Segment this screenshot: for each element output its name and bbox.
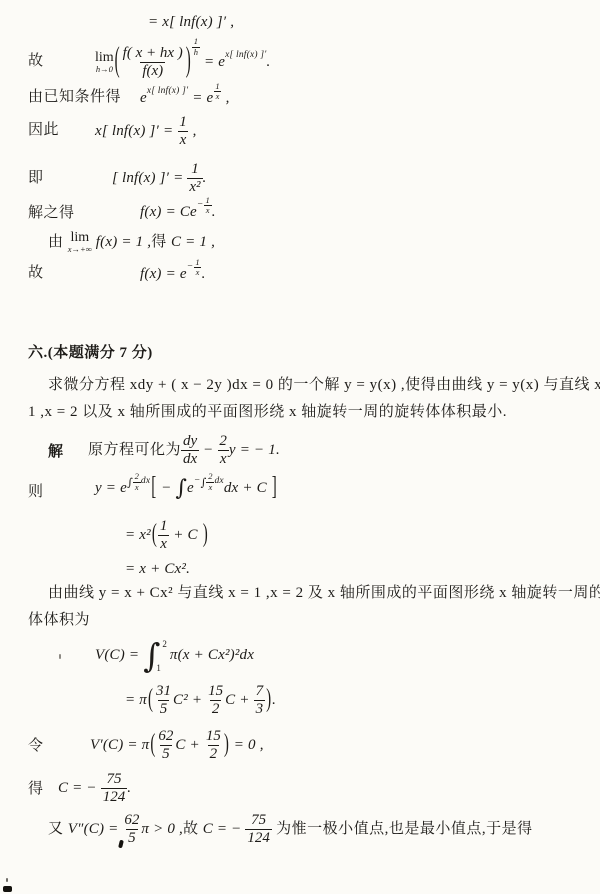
lim-word: lim (95, 51, 114, 65)
label-that-is: 即 (28, 170, 44, 187)
numerator: f( x + hx ) (121, 45, 185, 62)
equals-zero: = 0 , (230, 737, 264, 754)
formula-limit-power: lim h→0 ( f( x + hx ) f(x) ) 1 h = e x[ … (95, 45, 271, 80)
equals-e: = e (200, 54, 225, 71)
dx-plus-c: dx + C (224, 480, 271, 497)
rhs: y = − 1. (229, 442, 280, 459)
fraction: 31 5 (154, 683, 173, 718)
c-equals-one: C = 1 , (171, 234, 215, 251)
formula-exp-equality: e x[ lnf(x) ]′ = e 1 x , (140, 89, 230, 109)
paragraph-text: 体体积为 (28, 612, 90, 629)
y-equals-e: y = e (95, 480, 127, 497)
numerator: 1 (204, 196, 212, 205)
exponent-integral: ∫ 2 x dx (127, 472, 150, 492)
exponent-neg-integral: − ∫ 2 x dx (194, 472, 224, 492)
formula-volume-result: = π ( 31 5 C² + 15 2 C + 7 3 ) . (125, 683, 276, 718)
heading-text: 六.(本题满分 7 分) (28, 345, 153, 362)
label-text: 令 (28, 738, 44, 755)
label-text: 故 (28, 265, 44, 282)
fraction: 75 124 (245, 812, 272, 847)
denominator: x (204, 205, 212, 215)
exponent-xlnf: x[ lnf(x) ]′ (147, 87, 188, 97)
numerator: 1 (189, 161, 201, 178)
exponent-one-over-h: 1 h (192, 37, 200, 57)
minus-sign: − (197, 201, 204, 211)
left-paren: ( (151, 520, 158, 550)
fraction: 62 5 (122, 812, 141, 847)
formula-limit-condition: 由 lim x→+∞ f(x) = 1 , 得 C = 1 , (48, 231, 215, 254)
e-base: e (187, 480, 194, 497)
formula-step-2: = x² ( 1 x + C ) (125, 518, 209, 553)
label-solving-gives: 解之得 (28, 205, 75, 222)
fraction: 2 x (206, 472, 214, 492)
denominator: 3 (254, 700, 266, 718)
exponent-neg-one-over-x: − 1 x (187, 258, 202, 278)
formula-derivative-zero: V′(C) = π ( 62 5 C + 15 2 ) = 0 , (90, 728, 264, 763)
denominator: x (158, 535, 169, 553)
minus-sign: − (199, 442, 217, 459)
fraction: 1 x (204, 196, 212, 216)
numerator: 75 (104, 771, 123, 788)
right-bracket: ] (271, 474, 278, 504)
integral-icon: ∫ (176, 478, 187, 500)
plus-c: + C (169, 527, 201, 544)
fraction: 1 x² (187, 161, 202, 196)
section-heading: 六.(本题满分 7 分) (28, 345, 153, 362)
limit-operator: lim h→0 (95, 51, 114, 74)
equals-pi: = π (125, 692, 147, 709)
paragraph-text: 由曲线 y = x + Cx² 与直线 x = 1 ,x = 2 及 x 轴所围… (48, 585, 600, 602)
period: . (267, 54, 271, 71)
solution-label: 解 (48, 444, 64, 461)
lim-word: lim (70, 231, 89, 245)
c-plus: C + (225, 692, 253, 709)
label-text: 即 (28, 170, 44, 187)
formula-standard-form: 原方程可化为 dy dx − 2 x y = − 1. (88, 433, 280, 468)
denominator: x (218, 450, 229, 468)
numerator: dy (181, 433, 199, 450)
exponent-xlnf: x[ lnf(x) ]′ (225, 51, 266, 61)
numerator: 75 (249, 812, 268, 829)
lim-subscript: x→+∞ (68, 245, 92, 254)
denominator: x (194, 267, 202, 277)
cjk-de: 得 (151, 234, 171, 251)
label-therefore: 因此 (28, 122, 59, 139)
denominator: 5 (160, 745, 172, 763)
label-hence-1: 故 (28, 53, 44, 70)
label-then: 则 (28, 484, 44, 501)
period: . (203, 170, 207, 187)
vc-equals: V(C) = (95, 647, 143, 664)
formula-final-solution: f(x) = e − 1 x . (140, 265, 206, 285)
numerator: 2 (206, 472, 214, 481)
right-paren: ) (223, 730, 230, 760)
right-paren: ) (202, 520, 209, 550)
equals-e: = e (188, 90, 213, 107)
result: = x + Cx². (125, 561, 190, 578)
integrand: π(x + Cx²)²dx (170, 647, 254, 664)
label-text: 得 (28, 781, 44, 798)
cjk-hence: 故 (183, 821, 203, 838)
e-base: e (140, 90, 147, 107)
equals-x2: = x² (125, 527, 151, 544)
fraction: 75 124 (101, 771, 128, 806)
statement-text: 1 ,x = 2 以及 x 轴所围成的平面图形绕 x 轴旋转一周的旋转体体积最小… (28, 404, 507, 421)
left-bracket: [ (150, 474, 157, 504)
numerator: 7 (254, 683, 266, 700)
integral-limits: 2 1 (160, 639, 167, 673)
formula-continuation: = x[ lnf(x) ]′ , (148, 14, 234, 31)
paragraph-volume-line-2: 体体积为 (28, 612, 90, 629)
formula-lnf-eq: [ lnf(x) ]′ = 1 x² . (112, 161, 206, 196)
lhs: f(x) = e (140, 266, 187, 283)
dx: dx (141, 477, 150, 487)
period: . (272, 692, 276, 709)
formula-step-3: = x + Cx². (125, 561, 190, 578)
exponent-one-over-x: 1 x (213, 82, 221, 102)
denominator: 2 (208, 745, 220, 763)
statement-text: 求微分方程 xdy + ( x − 2y )dx = 0 的一个解 y = y(… (48, 377, 600, 394)
denominator: 124 (245, 829, 272, 847)
denominator: 124 (101, 788, 128, 806)
numerator: 15 (206, 683, 225, 700)
numerator: 15 (204, 728, 223, 745)
fraction: 2 x (133, 472, 141, 492)
formula-general-solution: f(x) = Ce − 1 x . (140, 203, 216, 223)
dx: dx (214, 477, 223, 487)
limit-operator: lim x→+∞ (68, 231, 92, 254)
numerator: 1 (177, 114, 189, 131)
fraction: 1 h (192, 37, 200, 57)
lim-subscript: h→0 (96, 65, 113, 74)
formula-volume-integral: V(C) = ∫ 2 1 π(x + Cx²)²dx (95, 639, 254, 673)
ink-speck (6, 878, 8, 882)
denominator: f(x) (140, 62, 165, 80)
label-text: 解之得 (28, 205, 75, 222)
left-paren: ( (114, 42, 121, 82)
denominator: dx (181, 450, 199, 468)
fraction: f( x + hx ) f(x) (121, 45, 185, 80)
fraction: 1 x (158, 518, 170, 553)
vprime-equals-pi: V′(C) = π (90, 737, 149, 754)
conclusion-text: 为惟一极小值点,也是最小值点,于是得 (272, 821, 533, 838)
pi-positive: π > 0 , (141, 821, 183, 838)
formula-text: = x[ lnf(x) ]′ , (148, 14, 234, 31)
ink-smudge (3, 886, 12, 892)
fraction: 62 5 (156, 728, 175, 763)
left-paren: ( (147, 685, 154, 715)
fraction-two-x: 2 x (217, 433, 229, 468)
cjk-you: 由 (48, 234, 68, 251)
paragraph-volume-line-1: 由曲线 y = x + Cx² 与直线 x = 1 ,x = 2 及 x 轴所围… (48, 585, 600, 602)
period: . (202, 266, 206, 283)
label-given-condition: 由已知条件得 (28, 89, 121, 106)
intro-text: 原方程可化为 (88, 442, 181, 459)
label-text: 则 (28, 484, 44, 501)
minus-sign: − (187, 263, 194, 273)
denominator: x (206, 482, 214, 492)
formula-integrating-factor: y = e ∫ 2 x dx [ − ∫ e − ∫ 2 x dx dx + C… (95, 478, 278, 500)
numerator: 1 (192, 37, 200, 46)
numerator: 1 (158, 518, 170, 535)
c-equals-minus: C = − (58, 780, 101, 797)
exponent-neg-one-over-x: − 1 x (197, 196, 212, 216)
second-derivative: V″(C) = (68, 821, 123, 838)
denominator: 5 (126, 829, 138, 847)
comma: , (222, 90, 230, 107)
formula-c-value: C = − 75 124 . (58, 771, 131, 806)
label-obtain: 得 (28, 781, 44, 798)
label-text: 由已知条件得 (28, 89, 121, 106)
fraction: 7 3 (254, 683, 266, 718)
denominator: x (214, 91, 222, 101)
right-paren: ) (185, 42, 192, 82)
fraction: 15 2 (206, 683, 225, 718)
lower-limit: 1 (156, 663, 167, 673)
numerator: 62 (156, 728, 175, 745)
denominator: x (133, 482, 141, 492)
ink-smudge (118, 840, 124, 849)
ink-speck (59, 654, 61, 659)
fraction: 15 2 (204, 728, 223, 763)
problem-statement-line-1: 求微分方程 xdy + ( x − 2y )dx = 0 的一个解 y = y(… (48, 377, 600, 394)
fraction: 1 x (213, 82, 221, 102)
minus-sign: − (194, 477, 201, 487)
numerator: 1 (213, 82, 221, 91)
label-text: 解 (48, 444, 64, 461)
numerator: 1 (193, 258, 201, 267)
period: . (127, 780, 131, 797)
label-hence-2: 故 (28, 265, 44, 282)
formula-xlnf-eq: x[ lnf(x) ]′ = 1 x , (95, 114, 197, 149)
c-plus: C + (175, 737, 203, 754)
c-squared-plus: C² + (173, 692, 206, 709)
fraction: 1 x (193, 258, 201, 278)
denominator: x (178, 131, 189, 149)
label-text: 故 (28, 53, 44, 70)
denominator: 2 (210, 700, 222, 718)
label-let: 令 (28, 738, 44, 755)
lhs: x[ lnf(x) ]′ = (95, 123, 177, 140)
fraction-dy-dx: dy dx (181, 433, 199, 468)
comma: , (189, 123, 197, 140)
cjk-also: 又 (48, 821, 68, 838)
problem-statement-line-2: 1 ,x = 2 以及 x 轴所围成的平面图形绕 x 轴旋转一周的旋转体体积最小… (28, 404, 507, 421)
numerator: 2 (217, 433, 229, 450)
numerator: 62 (122, 812, 141, 829)
upper-limit: 2 (162, 639, 167, 649)
denominator: 5 (158, 700, 170, 718)
denominator: x² (187, 178, 202, 196)
c-equals-minus: C = − (203, 821, 246, 838)
right-paren: ) (265, 685, 272, 715)
denominator: h (192, 47, 200, 57)
numerator: 2 (133, 472, 141, 481)
period: . (212, 204, 216, 221)
left-paren: ( (149, 730, 156, 760)
exam-solution-page: = x[ lnf(x) ]′ , 故 lim h→0 ( f( x + hx )… (0, 0, 600, 894)
numerator: 31 (154, 683, 173, 700)
lhs: f(x) = Ce (140, 204, 197, 221)
fraction: 1 x (177, 114, 189, 149)
minus-sign: − (157, 480, 175, 497)
label-text: 因此 (28, 122, 59, 139)
lhs: [ lnf(x) ]′ = (112, 170, 187, 187)
mid-formula: f(x) = 1 , (92, 234, 151, 251)
